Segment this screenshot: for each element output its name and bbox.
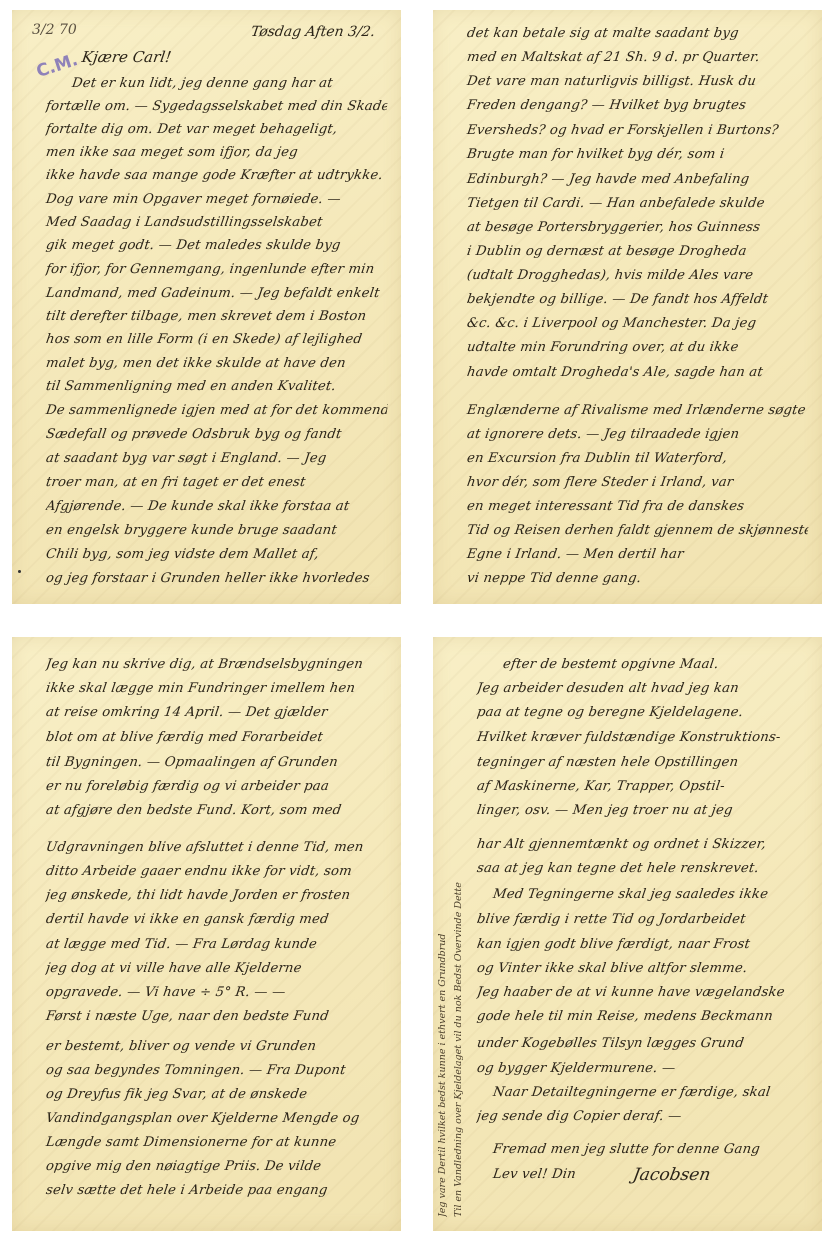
ink-dot — [18, 570, 21, 573]
text-line: jeg ønskede, thi lidt havde Jorden er fr… — [45, 888, 388, 903]
text-line: gode hele til min Reise, medens Beckmann — [476, 1009, 809, 1024]
text-line: tegninger af næsten hele Opstillingen — [476, 755, 809, 770]
text-line: Det er kun lidt, jeg denne gang har at — [71, 76, 388, 91]
text-line: Edinburgh? — Jeg havde med Anbefaling — [466, 172, 809, 187]
text-line: Brugte man for hvilket byg dér, som i — [466, 147, 809, 162]
text-line: og Dreyfus fik jeg Svar, at de ønskede — [45, 1087, 388, 1102]
text-line: havde omtalt Drogheda's Ale, sagde han a… — [466, 365, 809, 380]
text-line: hos som en lille Form (i en Skede) af le… — [45, 332, 388, 347]
text-line: Først i næste Uge, naar den bedste Fund — [45, 1009, 388, 1024]
text-line: jeg dog at vi ville have alle Kjelderne — [45, 961, 388, 976]
text-line: at lægge med Tid. — Fra Lørdag kunde — [45, 937, 388, 952]
text-line: Jeg kan nu skrive dig, at Brændselsbygni… — [45, 657, 388, 672]
text-line: gik meget godt. — Det maledes skulde byg — [45, 238, 388, 253]
text-line: opgravede. — Vi have ÷ 5° R. — — — [45, 985, 388, 1000]
text-line: og bygger Kjeldermurene. — — [476, 1061, 809, 1076]
text-line: troer man, at en fri taget er det enest — [45, 475, 388, 490]
text-line: af Maskinerne, Kar, Trapper, Opstil- — [476, 779, 809, 794]
archive-number: 3/2 70 — [32, 22, 77, 38]
text-line: Tietgen til Cardi. — Han anbefalede skul… — [466, 196, 809, 211]
text-line: for ifjor, for Gennemgang, ingenlunde ef… — [45, 262, 388, 277]
text-line: at afgjøre den bedste Fund. Kort, som me… — [45, 803, 388, 818]
text-line: Freden dengang? — Hvilket byg brugtes — [466, 98, 809, 113]
text-line: at saadant byg var søgt i England. — Jeg — [45, 451, 388, 466]
text-line: (udtalt Drogghedas), hvis milde Ales var… — [466, 268, 809, 283]
text-line: Sædefall og prøvede Odsbruk byg og fandt — [45, 427, 388, 442]
text-line: Med Tegningerne skal jeg saaledes ikke — [492, 887, 809, 902]
text-line: og saa begyndes Tomningen. — Fra Dupont — [45, 1063, 388, 1078]
text-line: Tid og Reisen derhen faldt gjennem de sk… — [466, 523, 809, 538]
text-line: linger, osv. — Men jeg troer nu at jeg — [476, 803, 809, 818]
margin-note: Jeg vare Dertil hvilket bedst kunne i et… — [437, 697, 453, 1217]
text-line: blive færdig i rette Tid og Jordarbeidet — [476, 912, 809, 927]
text-line: har Alt gjennemtænkt og ordnet i Skizzer… — [476, 837, 809, 852]
text-line: vi neppe Tid denne gang. — [466, 571, 809, 586]
text-line: en engelsk bryggere kunde bruge saadant — [45, 523, 388, 538]
text-line: at ignorere dets. — Jeg tilraadede igjen — [466, 427, 809, 442]
text-line: fortalte dig om. Det var meget behagelig… — [45, 122, 388, 137]
text-line: Det vare man naturligvis billigst. Husk … — [466, 74, 809, 89]
salutation: Kjære Carl! — [81, 48, 173, 66]
text-line: saa at jeg kan tegne det hele renskrevet… — [476, 861, 809, 876]
signature: Jacobsen — [631, 1165, 712, 1185]
text-line: Vandindgangsplan over Kjelderne Mengde o… — [45, 1111, 388, 1126]
text-line: er bestemt, bliver og vende vi Grunden — [45, 1039, 388, 1054]
text-line: blot om at blive færdig med Forarbeidet — [45, 730, 388, 745]
text-line: De sammenlignede igjen med at for det ko… — [45, 403, 388, 418]
text-line: ditto Arbeide gaaer endnu ikke for vidt,… — [45, 864, 388, 879]
text-line: en meget interessant Tid fra de danskes — [466, 499, 809, 514]
text-line: under Kogebølles Tilsyn lægges Grund — [476, 1036, 809, 1051]
text-line: ikke havde saa mange gode Kræfter at udt… — [45, 168, 388, 183]
text-line: opgive mig den nøiagtige Priis. De vilde — [45, 1159, 388, 1174]
text-line: dertil havde vi ikke en gansk færdig med — [45, 912, 388, 927]
text-line: at reise omkring 14 April. — Det gjælder — [45, 705, 388, 720]
text-line: Englænderne af Rivalisme med Irlænderne … — [466, 403, 809, 418]
margin-note: Til en Vandledning over Kjeldelaget vil … — [453, 697, 469, 1217]
text-line: udtalte min Forundring over, at du ikke — [466, 340, 809, 355]
text-line: Naar Detailtegningerne er færdige, skal — [492, 1085, 809, 1100]
text-line: og Vinter ikke skal blive altfor slemme. — [476, 961, 809, 976]
text-line: med en Maltskat af 21 Sh. 9 d. pr Quarte… — [466, 50, 809, 65]
text-line: selv sætte det hele i Arbeide paa engang — [45, 1183, 388, 1198]
text-line: men ikke saa meget som ifjor, da jeg — [45, 145, 388, 160]
text-line: tilt derefter tilbage, men skrevet dem i… — [45, 309, 388, 324]
text-line: Med Saadag i Landsudstillingsselskabet — [45, 215, 388, 230]
text-line: efter de bestemt opgivne Maal. — [502, 657, 809, 672]
text-line: det kan betale sig at malte saadant byg — [466, 26, 809, 41]
text-line: Fremad men jeg slutte for denne Gang — [492, 1142, 809, 1157]
letter-page-2: det kan betale sig at malte saadant byg … — [433, 10, 822, 604]
letter-date: Tøsdag Aften 3/2. — [250, 24, 376, 40]
letter-page-1: 3/2 70 C.M. Tøsdag Aften 3/2. Kjære Carl… — [12, 10, 401, 604]
text-line: ikke skal lægge min Fundringer imellem h… — [45, 681, 388, 696]
text-line: paa at tegne og beregne Kjeldelagene. — [476, 705, 809, 720]
text-line: til Bygningen. — Opmaalingen af Grunden — [45, 755, 388, 770]
text-line: Jeg haaber de at vi kunne have vægelands… — [476, 985, 809, 1000]
text-line: jeg sende dig Copier deraf. — — [476, 1109, 809, 1124]
letter-page-4: Jeg vare Dertil hvilket bedst kunne i et… — [433, 637, 822, 1231]
letter-page-3: Jeg kan nu skrive dig, at Brændselsbygni… — [12, 637, 401, 1231]
text-line: og jeg forstaar i Grunden heller ikke hv… — [45, 571, 388, 586]
text-line: en Excursion fra Dublin til Waterford, — [466, 451, 809, 466]
text-line: Landmand, med Gadeinum. — Jeg befaldt en… — [45, 286, 388, 301]
text-line: Egne i Irland. — Men dertil har — [466, 547, 809, 562]
text-line: Jeg arbeider desuden alt hvad jeg kan — [476, 681, 809, 696]
text-line: Længde samt Dimensionerne for at kunne — [45, 1135, 388, 1150]
text-line: kan igjen godt blive færdigt, naar Frost — [476, 937, 809, 952]
text-line: til Sammenligning med en anden Kvalitet. — [45, 379, 388, 394]
text-line: er nu foreløbig færdig og vi arbeider pa… — [45, 779, 388, 794]
text-line: Afgjørende. — De kunde skal ikke forstaa… — [45, 499, 388, 514]
text-line: Chili byg, som jeg vidste dem Mallet af, — [45, 547, 388, 562]
text-line: fortælle om. — Sygedagsselskabet med din… — [45, 99, 388, 114]
text-line: hvor dér, som flere Steder i Irland, var — [466, 475, 809, 490]
text-line: Dog vare min Opgaver meget fornøiede. — — [45, 192, 388, 207]
text-line: Udgravningen blive afsluttet i denne Tid… — [45, 840, 388, 855]
text-line: Hvilket kræver fuldstændige Konstruktion… — [476, 730, 809, 745]
text-line: i Dublin og dernæst at besøge Drogheda — [466, 244, 809, 259]
text-line: Eversheds? og hvad er Forskjellen i Burt… — [466, 123, 809, 138]
text-line: malet byg, men det ikke skulde at have d… — [45, 356, 388, 371]
text-line: &c. &c. i Liverpool og Manchester. Da je… — [466, 316, 809, 331]
text-line: at besøge Portersbryggerier, hos Guinnes… — [466, 220, 809, 235]
text-line: bekjendte og billige. — De fandt hos Aff… — [466, 292, 809, 307]
